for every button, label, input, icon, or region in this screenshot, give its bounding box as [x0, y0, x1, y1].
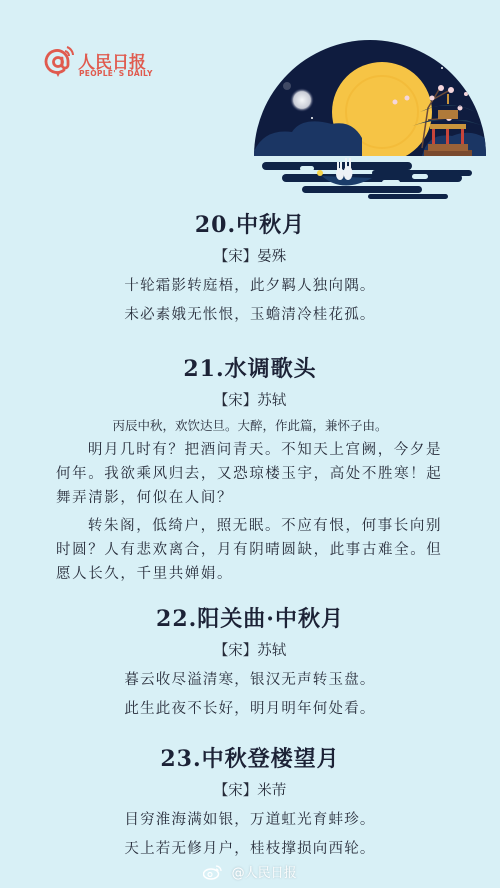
- poem-20: 20.中秋月 【宋】晏殊 十轮霜影转庭梧，此夕羁人独向隅。 未必素娥无怅恨，玉蟾…: [0, 208, 500, 324]
- weibo-watermark: @人民日报: [0, 862, 500, 881]
- poem-author: 【宋】苏轼: [0, 389, 500, 410]
- poem-line: 未必素娥无怅恨，玉蟾清冷桂花孤。: [0, 303, 500, 324]
- poem-preface: 丙辰中秋，欢饮达旦。大醉，作此篇，兼怀子由。: [0, 416, 500, 434]
- poem-paragraph: 转朱阁，低绮户，照无眠。不应有恨，何事长向别时圆？人有悲欢离合，月有阴晴圆缺，此…: [0, 514, 500, 586]
- poem-line: 此生此夜不长好，明月明年何处看。: [0, 697, 500, 718]
- logo-english-text: PEOPLE' S DAILY: [79, 69, 153, 78]
- poem-author: 【宋】苏轼: [0, 639, 500, 660]
- poem-title: 20.中秋月: [0, 208, 500, 239]
- weibo-icon: [203, 864, 223, 880]
- poem-line: 天上若无修月户，桂枝撑损向西轮。: [0, 837, 500, 858]
- small-moon-icon: [290, 88, 314, 112]
- poem-title: 22.阳关曲·中秋月: [0, 602, 500, 633]
- poem-22: 22.阳关曲·中秋月 【宋】苏轼 暮云收尽溢清寒，银汉无声转玉盘。 此生此夜不长…: [0, 602, 500, 718]
- poem-line: 十轮霜影转庭梧，此夕羁人独向隅。: [0, 274, 500, 295]
- poem-line: 目穷淮海满如银，万道虹光育蚌珍。: [0, 808, 500, 829]
- poem-paragraph: 明月几时有？把酒问青天。不知天上宫阙，今夕是何年。我欲乘风归去，又恐琼楼玉宇，高…: [0, 438, 500, 510]
- peoples-daily-logo: 人民日报 PEOPLE' S DAILY: [44, 46, 154, 80]
- poem-author: 【宋】晏殊: [0, 245, 500, 266]
- poem-title: 21.水调歌头: [0, 352, 500, 383]
- poem-line: 暮云收尽溢清寒，银汉无声转玉盘。: [0, 668, 500, 689]
- poem-23: 23.中秋登楼望月 【宋】米芾 目穷淮海满如银，万道虹光育蚌珍。 天上若无修月户…: [0, 742, 500, 858]
- at-signal-icon: [44, 46, 74, 78]
- mid-autumn-illustration: [252, 28, 488, 200]
- poem-author: 【宋】米芾: [0, 779, 500, 800]
- poem-title: 23.中秋登楼望月: [0, 742, 500, 773]
- watermark-text: @人民日报: [232, 866, 297, 881]
- poem-21: 21.水调歌头 【宋】苏轼 丙辰中秋，欢饮达旦。大醉，作此篇，兼怀子由。 明月几…: [0, 352, 500, 586]
